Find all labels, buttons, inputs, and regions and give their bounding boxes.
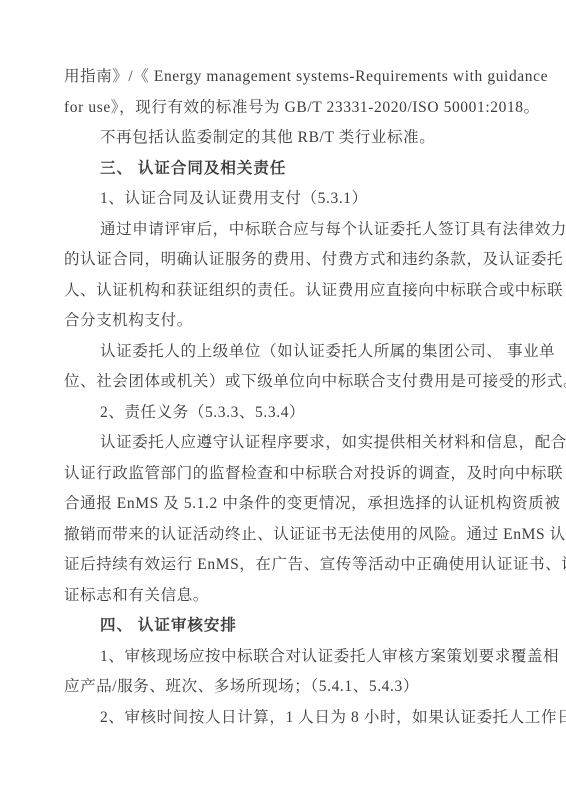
section-heading-3: 三、 认证合同及相关责任 xyxy=(64,154,509,185)
doc-line: 的认证合同，明确认证服务的费用、付费方式和违约条款，及认证委托 xyxy=(64,245,509,276)
doc-line: 不再包括认监委制定的其他 RB/T 类行业标准。 xyxy=(64,123,509,154)
doc-line: 认证行政监管部门的监督检查和中标联合对投诉的调查，及时向中标联 xyxy=(64,459,509,490)
doc-line: 1、审核现场应按中标联合对认证委托人审核方案策划要求覆盖相 xyxy=(64,642,509,673)
doc-line: 撤销而带来的认证活动终止、认证证书无法使用的风险。通过 EnMS 认 xyxy=(64,520,509,551)
doc-line: 证后持续有效运行 EnMS，在广告、宣传等活动中正确使用认证证书、认 xyxy=(64,550,509,581)
section-heading-4: 四、 认证审核安排 xyxy=(64,611,509,642)
doc-line: 合分支机构支付。 xyxy=(64,306,509,337)
doc-line: 证标志和有关信息。 xyxy=(64,581,509,612)
doc-line: 认证委托人的上级单位（如认证委托人所属的集团公司、 事业单 xyxy=(64,337,509,368)
doc-line: 位、社会团体或机关）或下级单位向中标联合支付费用是可接受的形式。 xyxy=(64,367,509,398)
doc-line: 2、责任义务（5.3.3、5.3.4） xyxy=(64,398,509,429)
document-page: 用指南》/《 Energy management systems-Require… xyxy=(0,0,566,800)
doc-line: 1、认证合同及认证费用支付（5.3.1） xyxy=(64,184,509,215)
document-content: 用指南》/《 Energy management systems-Require… xyxy=(64,62,509,733)
doc-line: 通过申请评审后，中标联合应与每个认证委托人签订具有法律效力 xyxy=(64,215,509,246)
doc-line: 用指南》/《 Energy management systems-Require… xyxy=(64,62,509,93)
doc-line: 应产品/服务、班次、多场所现场；（5.4.1、5.4.3） xyxy=(64,672,509,703)
doc-line: for use》，现行有效的标准号为 GB/T 23331-2020/ISO 5… xyxy=(64,93,509,124)
doc-line: 合通报 EnMS 及 5.1.2 中条件的变更情况，承担选择的认证机构资质被 xyxy=(64,489,509,520)
doc-line: 认证委托人应遵守认证程序要求，如实提供相关材料和信息，配合 xyxy=(64,428,509,459)
doc-line: 2、审核时间按人日计算，1 人日为 8 小时，如果认证委托人工作日 xyxy=(64,703,509,734)
doc-line: 人、认证机构和获证组织的责任。认证费用应直接向中标联合或中标联 xyxy=(64,276,509,307)
